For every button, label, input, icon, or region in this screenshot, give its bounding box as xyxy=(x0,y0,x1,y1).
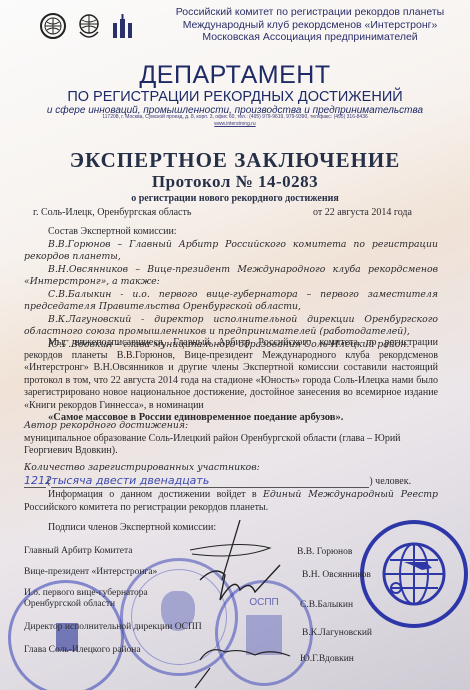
signature-name: В.К.Лагуновский xyxy=(302,628,372,638)
signature-name: В.Н. Овсянников xyxy=(302,570,371,580)
registry-text-end: Российского комитета по регистрации реко… xyxy=(24,502,268,513)
signature-role: Директор исполнительной дирекции ОСПП xyxy=(24,622,202,632)
department-title: ДЕПАРТАМЕНТ xyxy=(0,62,470,89)
document-title-block: ЭКСПЕРТНОЕ ЗАКЛЮЧЕНИЕ Протокол № 14-0283… xyxy=(0,148,470,205)
header-logos xyxy=(40,12,134,40)
signature-role: И.о. первого вице-губернатора Оренбургск… xyxy=(24,588,164,610)
committee-stamp xyxy=(360,520,468,628)
signatures-ink xyxy=(180,520,310,690)
author-label: Автор рекордного достижения: xyxy=(24,420,438,433)
document-subject: о регистрации нового рекордного достижен… xyxy=(0,192,470,205)
globe-wreath-emblem-icon xyxy=(76,12,102,40)
globe-stamp-icon xyxy=(382,542,446,606)
commission-heading: Состав Экспертной комиссии: xyxy=(24,226,438,239)
document-title: ЭКСПЕРТНОЕ ЗАКЛЮЧЕНИЕ xyxy=(0,148,470,172)
registry-name: Единый Международный Реестр xyxy=(263,489,438,500)
participants-label: Количество зарегистрированных участников… xyxy=(24,462,438,475)
header-organizations: Российский комитет по регистрации рекорд… xyxy=(160,6,460,44)
signature-role: Вице-президент «Интерстронга» xyxy=(24,567,157,577)
department-block: ДЕПАРТАМЕНТ ПО РЕГИСТРАЦИИ РЕКОРДНЫХ ДОС… xyxy=(0,62,470,117)
document-date: от 22 августа 2014 года xyxy=(313,207,412,218)
address-line: 117208, г. Москва, Сумской проезд, д. 8,… xyxy=(0,114,470,121)
participants-suffix: ) человек. xyxy=(369,476,411,489)
commission-member: В.Н.Овсянников – Вице-президент Междунар… xyxy=(24,264,438,289)
signature-role: Глава Соль-Илецкого района xyxy=(24,645,141,655)
registry-text: Информация о данном достижении войдет в xyxy=(48,489,263,500)
commission-member: В.К.Лагуновский - директор исполнительно… xyxy=(24,314,438,339)
author-value: муниципальное образование Соль-Илецкий р… xyxy=(24,433,438,458)
address-block: 117208, г. Москва, Сумской проезд, д. 8,… xyxy=(0,114,470,128)
commission-section: Состав Экспертной комиссии: В.В.Горюнов … xyxy=(24,226,438,351)
website-link[interactable]: www.interstrong.ru xyxy=(0,121,470,128)
department-subtitle: ПО РЕГИСТРАЦИИ РЕКОРДНЫХ ДОСТИЖЕНИЙ xyxy=(0,89,470,105)
org-line: Российский комитет по регистрации рекорд… xyxy=(160,6,460,19)
commission-member: В.В.Горюнов – Главный Арбитр Российского… xyxy=(24,239,438,264)
org-line: Международный клуб рекордсменов «Интерст… xyxy=(160,19,460,32)
participants-number: 1212 xyxy=(24,475,46,489)
registry-section: Информация о данном достижении войдет в … xyxy=(24,489,438,514)
org-line: Московская Ассоциация предпринимателей xyxy=(160,31,460,44)
moscow-association-emblem-icon xyxy=(112,13,134,39)
signature-role: Главный Арбитр Комитета xyxy=(24,546,132,556)
statement-section: Мы, нижеподписавшиеся, Главный Арбитр Ро… xyxy=(24,337,438,425)
participants-words: тысяча двести двенадцать xyxy=(51,475,369,489)
commission-member: С.В.Балыкин - и.о. первого вице-губернат… xyxy=(24,289,438,314)
participants-section: Количество зарегистрированных участников… xyxy=(24,462,438,488)
protocol-number: Протокол № 14-0283 xyxy=(0,172,470,192)
author-section: Автор рекордного достижения: муниципальн… xyxy=(24,420,438,458)
statement-text: Мы, нижеподписавшиеся, Главный Арбитр Ро… xyxy=(24,337,438,412)
document-place: г. Соль-Илецк, Оренбургская область xyxy=(33,207,191,218)
globe-emblem-icon xyxy=(40,13,66,39)
